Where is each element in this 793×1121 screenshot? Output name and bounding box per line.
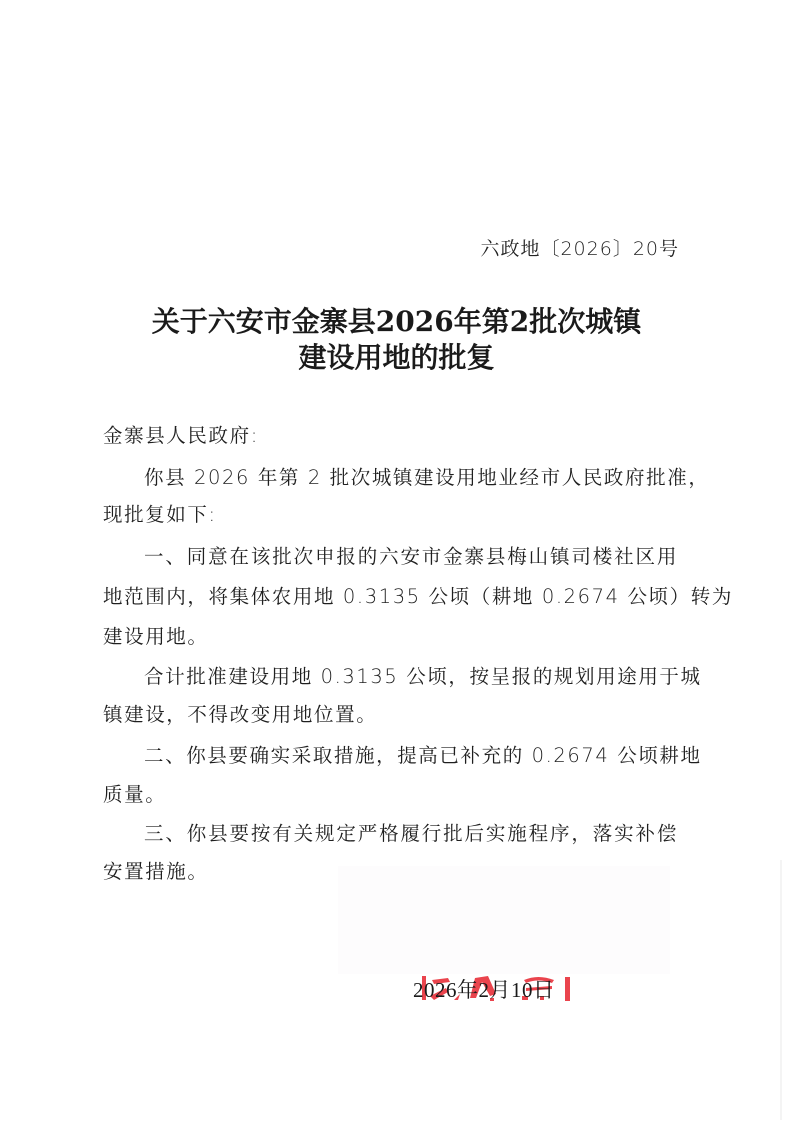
body-line: 现批复如下: <box>103 499 678 527</box>
body-line: 合计批准建设用地 0.3135 公顷，按呈报的规划用途用于城 <box>144 661 678 689</box>
document-page: 六政地〔2026〕20号 关于六安市金寨县2026年第2批次城镇 建设用地的批复… <box>0 0 793 1121</box>
body-line: 建设用地。 <box>103 621 678 649</box>
document-number: 六政地〔2026〕20号 <box>480 234 679 261</box>
scan-edge <box>780 860 782 1120</box>
body-line: 镇建设，不得改变用地位置。 <box>103 699 678 727</box>
document-date: 2026年2月10日 <box>413 974 555 1004</box>
body-line: 一、同意在该批次申报的六安市金寨县梅山镇司楼社区用 <box>144 541 678 569</box>
body-line: 地范围内，将集体农用地 0.3135 公顷（耕地 0.2674 公顷）转为 <box>103 581 678 609</box>
body-line: 安置措施。 <box>103 856 678 884</box>
body-line: 你县 2026 年第 2 批次城镇建设用地业经市人民政府批准， <box>144 462 678 490</box>
document-title-line-2: 建设用地的批复 <box>0 336 793 376</box>
body-line: 二、你县要确实采取措施，提高已补充的 0.2674 公顷耕地 <box>144 740 678 768</box>
body-line: 三、你县要按有关规定严格履行批后实施程序，落实补偿 <box>144 818 678 846</box>
salutation: 金寨县人民政府: <box>103 420 678 448</box>
document-title-line-1: 关于六安市金寨县2026年第2批次城镇 <box>0 300 793 340</box>
body-line: 质量。 <box>103 779 678 807</box>
